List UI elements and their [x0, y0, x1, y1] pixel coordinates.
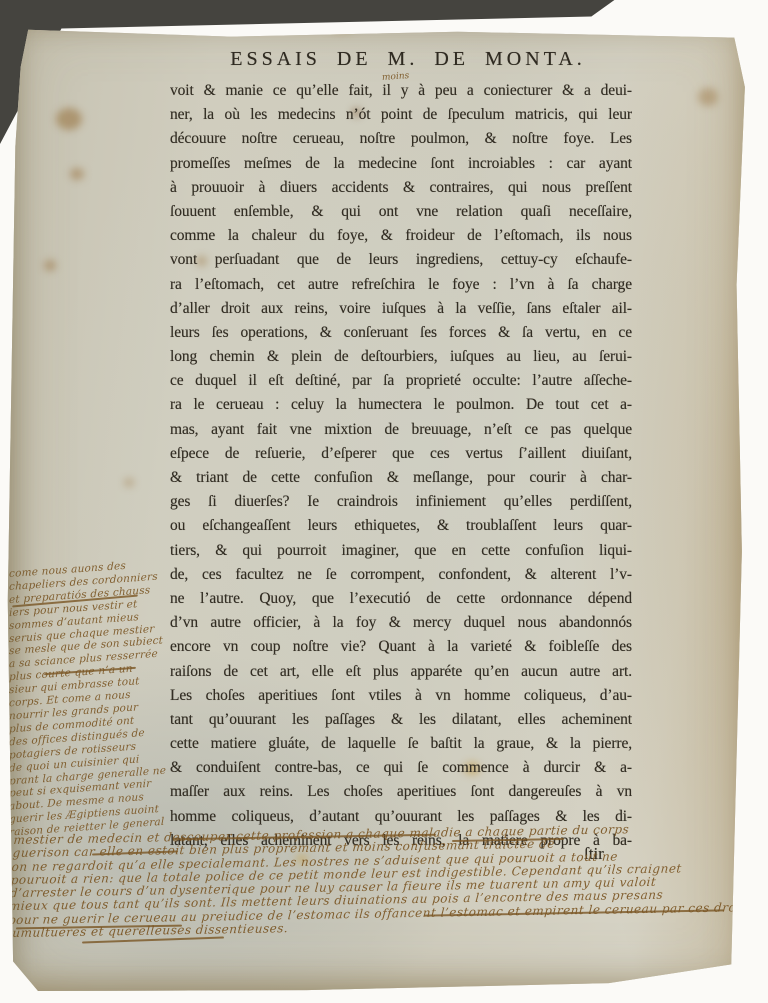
parchment-page: ESSAIS DE M. DE MONTA. moins voit & mani… [4, 8, 760, 996]
fox-stain [56, 108, 82, 130]
printed-line: ra l’eſtomach, cet autre refreſchira le … [170, 273, 632, 297]
printed-line: eſpece de reſuerie, d’eſperer que ces ve… [170, 442, 632, 466]
printed-line: comme la chaleur du foye, & froideur de … [170, 224, 632, 248]
printed-text-block: voit & manie ce qu’elle fait, il y à peu… [170, 79, 632, 853]
printed-line: vont perſuadant que de leurs ingrediens,… [170, 248, 632, 272]
printed-line: & triant de cette confuſion & meſlange, … [170, 466, 632, 490]
printed-line: & conduiſent contre-bas, ce qui ſe comme… [170, 756, 632, 780]
printed-line: découure noſtre cerueau, noſtre poulmon,… [170, 127, 632, 151]
printed-line: cette matiere gluáte, de laquelle ſe baſ… [170, 732, 632, 756]
fox-stain [44, 260, 56, 271]
scanned-book-page: { "document": { "running_header": "ESSAI… [0, 0, 768, 1003]
printed-line: ou eſchangeaſſent leurs ethiquetes, & tr… [170, 514, 632, 538]
printed-line: ra le cerueau : celuy la humectera le po… [170, 393, 632, 417]
printed-line: ce duquel il eſt deſtiné, par ſa proprie… [170, 369, 632, 393]
fox-stain [124, 478, 134, 487]
printed-line: à prouuoir à diuers accidents & contrair… [170, 176, 632, 200]
printed-line: ne l’autre. Quoy, que l’executió de cett… [170, 587, 632, 611]
printed-line: ges ſi diuerſes? Ie craindrois infinieme… [170, 490, 632, 514]
printed-line: leurs ſes operations, & conſeruant ſes f… [170, 321, 632, 345]
printed-line: Les choſes aperitiues ſont vtiles à vn h… [170, 684, 632, 708]
printed-line: ner, la où les medecins n’ót point de ſp… [170, 103, 632, 127]
printed-line: long chemin & plein de deſtourbiers, iuſ… [170, 345, 632, 369]
printed-line: tiers, & qui pourroit imaginer, que en c… [170, 539, 632, 563]
fox-stain [70, 168, 84, 180]
fox-stain [698, 88, 718, 106]
printed-line: promeſſes meſmes de la medecine ſont inc… [170, 152, 632, 176]
bottom-annotation-block: mestier de medecin et descouper cette pr… [7, 821, 754, 940]
printed-line: ſouuent enſemble, & qui ont vne relation… [170, 200, 632, 224]
printed-line: maſſer aux reins. Les choſes aperitiues … [170, 780, 632, 804]
printed-line: tant qu’ouurant les paſſages & les dilat… [170, 708, 632, 732]
printed-line: encore vn coup noſtre vie? Quant à la va… [170, 635, 632, 659]
printed-line: d’aller droit aux reins, voire iuſques à… [170, 297, 632, 321]
printed-line: de, ces facultez ne ſe corrompent, confo… [170, 563, 632, 587]
printed-line: mas, ayant fait vne mixtion de breuuage,… [170, 418, 632, 442]
printed-line: d’vn autre officier, à la foy & mercy du… [170, 611, 632, 635]
running-header: ESSAIS DE M. DE MONTA. [180, 48, 636, 71]
printed-line: voit & manie ce qu’elle fait, il y à peu… [170, 79, 632, 103]
margin-annotation-block: come nous auons des chapeliers des cordo… [9, 557, 171, 840]
printed-line: raiſons de cet art, elle eſt plus apparé… [170, 660, 632, 684]
